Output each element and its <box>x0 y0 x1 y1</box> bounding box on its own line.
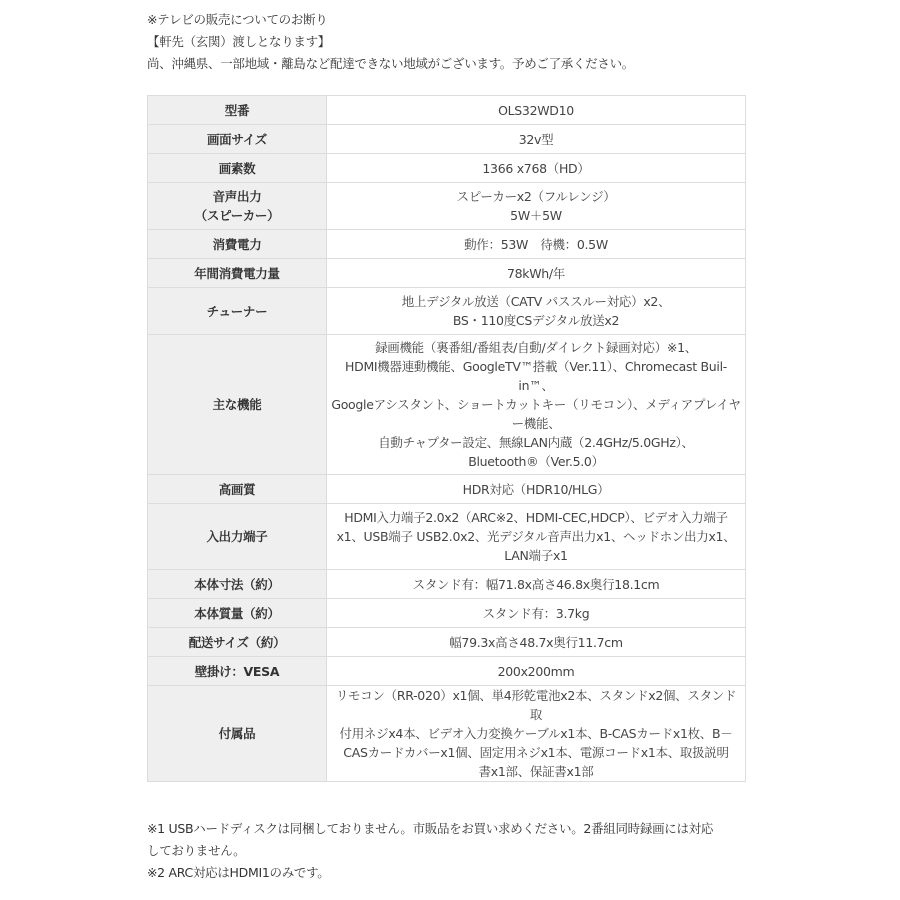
spec-value-line: スタンド有：3.7kg <box>331 604 741 623</box>
spec-value-line: 1366 x768（HD） <box>331 159 741 178</box>
spec-value-line: 付用ネジx4本、ビデオ入力変換ケーブルx1本、B-CASカードx1枚、B－ <box>331 724 741 743</box>
footnote-1: ※1 USBハードディスクは同梱しておりません。市販品をお買い求めください。2番… <box>147 818 767 840</box>
spec-value: 32v型 <box>327 125 746 154</box>
spec-label-line: 主な機能 <box>152 395 322 414</box>
spec-value-line: HDMI入力端子2.0x2（ARC※2、HDMI-CEC,HDCP）、ビデオ入力… <box>331 508 741 527</box>
footnote-1-cont: しておりません。 <box>147 840 767 862</box>
spec-value-line: ー機能、 <box>331 414 741 433</box>
spec-label: 画面サイズ <box>148 125 327 154</box>
spec-value-line: スタンド有：幅71.8x高さ46.8x奥行18.1cm <box>331 575 741 594</box>
spec-label-line: 壁掛け：VESA <box>152 662 322 681</box>
spec-value-line: 自動チャプター設定、無線LAN内蔵（2.4GHz/5.0GHz）、 <box>331 433 741 452</box>
spec-label: 年間消費電力量 <box>148 259 327 288</box>
spec-label: 主な機能 <box>148 335 327 475</box>
spec-value-line: スピーカーx2（フルレンジ） <box>331 187 741 206</box>
spec-value: リモコン（RR-020）x1個、単4形乾電池x2本、スタンドx2個、スタンド取付… <box>327 686 746 782</box>
spec-label: 本体寸法（約） <box>148 570 327 599</box>
footnote-2: ※2 ARC対応はHDMI1のみです。 <box>147 862 767 884</box>
spec-label-line: 高画質 <box>152 480 322 499</box>
spec-label-line: 消費電力 <box>152 235 322 254</box>
spec-label: 配送サイズ（約） <box>148 628 327 657</box>
spec-row: 入出力端子HDMI入力端子2.0x2（ARC※2、HDMI-CEC,HDCP）、… <box>148 504 746 570</box>
spec-label: 消費電力 <box>148 230 327 259</box>
spec-label: 本体質量（約） <box>148 599 327 628</box>
spec-value-line: Googleアシスタント、ショートカットキー（リモコン）、メディアプレイヤ <box>331 395 741 414</box>
spec-value-line: 書x1部、保証書x1部 <box>331 762 741 781</box>
spec-value-line: 78kWh/年 <box>331 264 741 283</box>
spec-label: 付属品 <box>148 686 327 782</box>
spec-label-line: 入出力端子 <box>152 527 322 546</box>
spec-label-line: （スピーカー） <box>152 206 322 225</box>
spec-value-line: リモコン（RR-020）x1個、単4形乾電池x2本、スタンドx2個、スタンド取 <box>331 686 741 724</box>
spec-table: 型番OLS32WD10画面サイズ32v型画素数1366 x768（HD）音声出力… <box>147 95 746 782</box>
spec-row: 配送サイズ（約）幅79.3x高さ48.7x奥行11.7cm <box>148 628 746 657</box>
spec-value-line: HDR対応（HDR10/HLG） <box>331 480 741 499</box>
spec-value-line: Bluetooth®（Ver.5.0） <box>331 452 741 471</box>
spec-value-line: 録画機能（裏番組/番組表/自動/ダイレクト録画対応）※1、 <box>331 338 741 357</box>
spec-value-line: 幅79.3x高さ48.7x奥行11.7cm <box>331 633 741 652</box>
spec-row: 付属品リモコン（RR-020）x1個、単4形乾電池x2本、スタンドx2個、スタン… <box>148 686 746 782</box>
spec-value: スタンド有：幅71.8x高さ46.8x奥行18.1cm <box>327 570 746 599</box>
spec-label-line: 画面サイズ <box>152 130 322 149</box>
spec-row: 本体寸法（約）スタンド有：幅71.8x高さ46.8x奥行18.1cm <box>148 570 746 599</box>
spec-value: スタンド有：3.7kg <box>327 599 746 628</box>
spec-value: HDMI入力端子2.0x2（ARC※2、HDMI-CEC,HDCP）、ビデオ入力… <box>327 504 746 570</box>
notice-heading: ※テレビの販売についてのお断り <box>147 9 767 31</box>
spec-table-body: 型番OLS32WD10画面サイズ32v型画素数1366 x768（HD）音声出力… <box>148 96 746 782</box>
spec-label-line: 本体質量（約） <box>152 604 322 623</box>
spec-label: 壁掛け：VESA <box>148 657 327 686</box>
spec-value-line: in™、 <box>331 376 741 395</box>
spec-value-line: HDMI機器連動機能、GoogleTV™搭載（Ver.11）、Chromecas… <box>331 357 741 376</box>
spec-row: 音声出力（スピーカー）スピーカーx2（フルレンジ）5W＋5W <box>148 183 746 230</box>
spec-label: 型番 <box>148 96 327 125</box>
spec-label-line: 音声出力 <box>152 187 322 206</box>
spec-value: 幅79.3x高さ48.7x奥行11.7cm <box>327 628 746 657</box>
spec-value-line: CASカードカバーx1個、固定用ネジx1本、電源コードx1本、取扱説明 <box>331 743 741 762</box>
spec-label-line: 画素数 <box>152 159 322 178</box>
spec-value: 地上デジタル放送（CATV パススルー対応）x2、BS・110度CSデジタル放送… <box>327 288 746 335</box>
spec-label: 入出力端子 <box>148 504 327 570</box>
spec-value: 200x200mm <box>327 657 746 686</box>
intro-notice: ※テレビの販売についてのお断り 【軒先（玄関）渡しとなります】 尚、沖縄県、一部… <box>147 9 767 75</box>
spec-value-line: 5W＋5W <box>331 206 741 225</box>
spec-value-line: 200x200mm <box>331 662 741 681</box>
spec-value-line: OLS32WD10 <box>331 101 741 120</box>
spec-value: HDR対応（HDR10/HLG） <box>327 475 746 504</box>
spec-row: 壁掛け：VESA200x200mm <box>148 657 746 686</box>
spec-label-line: 配送サイズ（約） <box>152 633 322 652</box>
spec-label-line: 型番 <box>152 101 322 120</box>
spec-label-line: 本体寸法（約） <box>152 575 322 594</box>
spec-value: 78kWh/年 <box>327 259 746 288</box>
spec-row: チューナー地上デジタル放送（CATV パススルー対応）x2、BS・110度CSデ… <box>148 288 746 335</box>
spec-value: 録画機能（裏番組/番組表/自動/ダイレクト録画対応）※1、HDMI機器連動機能、… <box>327 335 746 475</box>
spec-value-line: x1、USB端子 USB2.0x2、光デジタル音声出力x1、ヘッドホン出力x1、 <box>331 527 741 546</box>
spec-label: チューナー <box>148 288 327 335</box>
spec-value-line: 32v型 <box>331 130 741 149</box>
spec-label: 高画質 <box>148 475 327 504</box>
spec-row: 画面サイズ32v型 <box>148 125 746 154</box>
spec-row: 主な機能録画機能（裏番組/番組表/自動/ダイレクト録画対応）※1、HDMI機器連… <box>148 335 746 475</box>
spec-row: 消費電力動作：53W 待機：0.5W <box>148 230 746 259</box>
delivery-exclusions: 尚、沖縄県、一部地域・離島など配達できない地域がございます。予めご了承ください。 <box>147 53 767 75</box>
spec-row: 本体質量（約）スタンド有：3.7kg <box>148 599 746 628</box>
spec-label-line: チューナー <box>152 302 322 321</box>
footnotes: ※1 USBハードディスクは同梱しておりません。市販品をお買い求めください。2番… <box>147 818 767 884</box>
spec-label: 画素数 <box>148 154 327 183</box>
spec-value: 1366 x768（HD） <box>327 154 746 183</box>
spec-value-line: 地上デジタル放送（CATV パススルー対応）x2、 <box>331 292 741 311</box>
delivery-terms: 【軒先（玄関）渡しとなります】 <box>147 31 767 53</box>
spec-value-line: 動作：53W 待機：0.5W <box>331 235 741 254</box>
spec-label: 音声出力（スピーカー） <box>148 183 327 230</box>
spec-label-line: 年間消費電力量 <box>152 264 322 283</box>
spec-row: 型番OLS32WD10 <box>148 96 746 125</box>
spec-value: スピーカーx2（フルレンジ）5W＋5W <box>327 183 746 230</box>
spec-row: 画素数1366 x768（HD） <box>148 154 746 183</box>
spec-value: OLS32WD10 <box>327 96 746 125</box>
spec-value-line: LAN端子x1 <box>331 546 741 565</box>
spec-value-line: BS・110度CSデジタル放送x2 <box>331 311 741 330</box>
spec-row: 高画質HDR対応（HDR10/HLG） <box>148 475 746 504</box>
spec-label-line: 付属品 <box>152 724 322 743</box>
spec-value: 動作：53W 待機：0.5W <box>327 230 746 259</box>
spec-row: 年間消費電力量78kWh/年 <box>148 259 746 288</box>
